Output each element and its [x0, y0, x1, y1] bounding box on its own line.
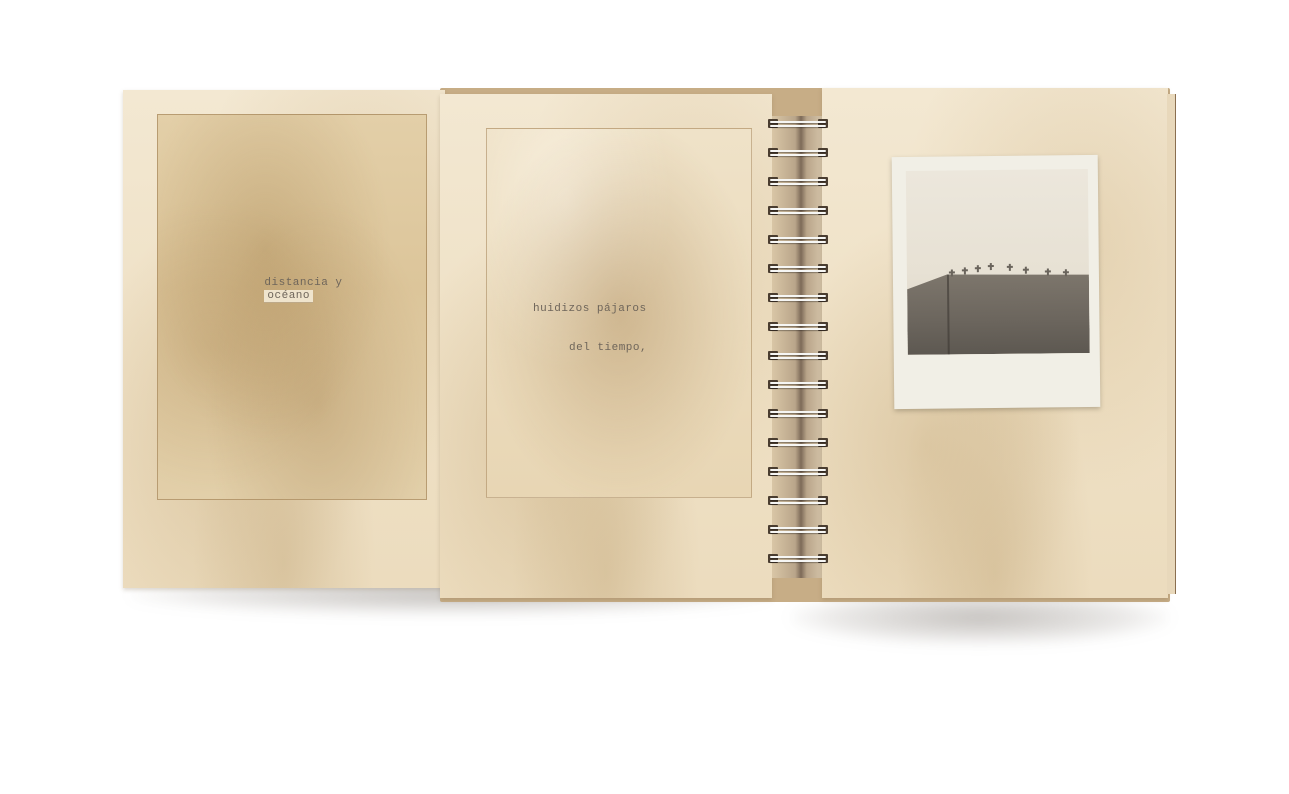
right-page — [822, 88, 1168, 598]
typed-line-2: del tiempo, — [533, 342, 647, 355]
left-page-typed-text: distancia y océano — [236, 264, 343, 316]
polaroid-photo — [906, 169, 1090, 355]
polaroid-frame — [892, 155, 1101, 409]
typed-line-1: huidizos pájaros — [533, 303, 647, 316]
typed-word-highlight: océano — [264, 290, 313, 303]
spiral-binding — [766, 118, 830, 568]
middle-page: huidizos pájaros del tiempo, — [440, 94, 772, 598]
left-page: distancia y océano — [123, 90, 445, 588]
right-page-edge — [1167, 94, 1176, 594]
photo-building — [907, 273, 1090, 355]
middle-page-typed-text: huidizos pájaros del tiempo, — [533, 277, 647, 381]
typed-phrase: distancia y — [264, 277, 342, 289]
